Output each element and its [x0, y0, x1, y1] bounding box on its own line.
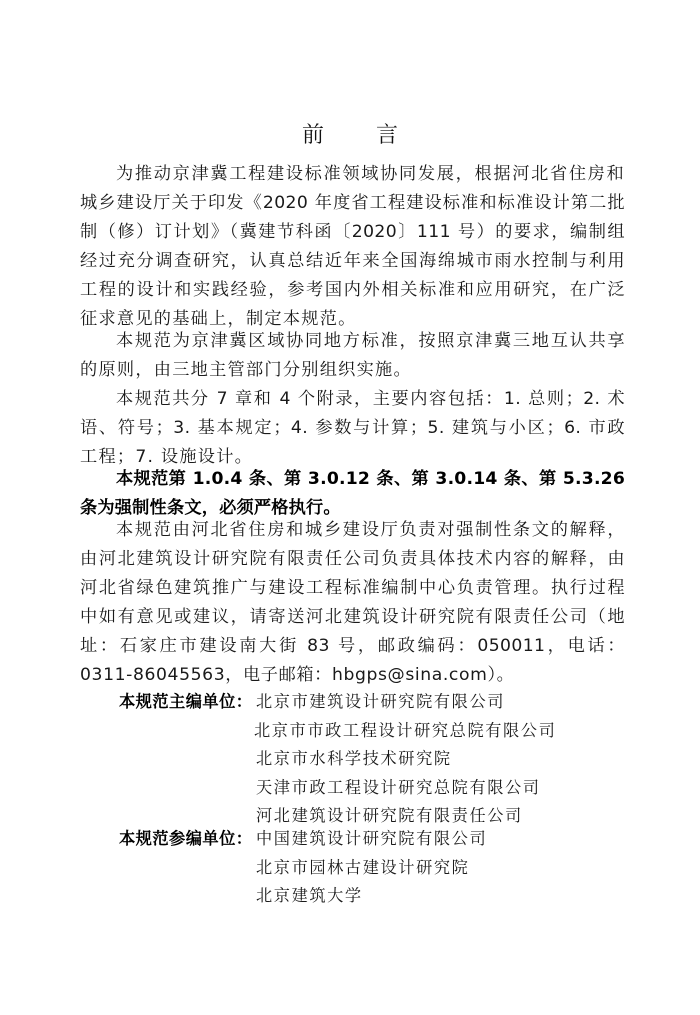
- participating-units-label: 本规范参编单位：: [119, 825, 256, 854]
- title-char-1: 前: [302, 118, 324, 149]
- paragraph-background: 为推动京津冀工程建设标准领域协同发展，根据河北省住房和 城乡建设厅关于印发《20…: [80, 160, 625, 334]
- unit-item: 北京建筑大学: [256, 882, 363, 911]
- unit-item: 北京市水科学技术研究院: [256, 745, 452, 774]
- paragraph-interpretation: 本规范由河北省住房和城乡建设厅负责对强制性条文的解释， 由河北建筑设计研究院有限…: [80, 516, 625, 690]
- chief-units-label: 本规范主编单位：: [119, 688, 256, 717]
- paragraph-line: 语、符号；3. 基本规定；4. 参数与计算；5. 建筑与小区；6. 市政: [80, 414, 625, 443]
- paragraph-line: 河北省绿色建筑推广与建设工程标准编制中心负责管理。执行过程: [80, 574, 625, 603]
- paragraph-line: 本规范共分 7 章和 4 个附录，主要内容包括：1. 总则；2. 术: [80, 385, 625, 414]
- paragraph-line: 址：石家庄市建设南大街 83 号，邮政编码：050011，电话：: [80, 632, 625, 661]
- paragraph-line: 经过充分调查研究，认真总结近年来全国海绵城市雨水控制与利用: [80, 247, 625, 276]
- unit-item: 中国建筑设计研究院有限公司: [256, 825, 487, 854]
- paragraph-contents: 本规范共分 7 章和 4 个附录，主要内容包括：1. 总则；2. 术 语、符号；…: [80, 385, 625, 472]
- paragraph-line: 工程的设计和实践经验，参考国内外相关标准和应用研究，在广泛: [80, 276, 625, 305]
- paragraph-line: 制（修）订计划》（冀建节科函〔2020〕111 号）的要求，编制组: [80, 218, 625, 247]
- paragraph-implementation: 本规范为京津冀区域协同地方标准，按照京津冀三地互认共享 的原则，由三地主管部门分…: [80, 327, 625, 385]
- paragraph-line: 本规范由河北省住房和城乡建设厅负责对强制性条文的解释，: [80, 516, 625, 545]
- unit-item: 北京市市政工程设计研究总院有限公司: [254, 717, 556, 746]
- paragraph-line: 的原则，由三地主管部门分别组织实施。: [80, 356, 625, 385]
- document-page: 前言 为推动京津冀工程建设标准领域协同发展，根据河北省住房和 城乡建设厅关于印发…: [0, 0, 700, 1015]
- paragraph-line: 中如有意见或建议，请寄送河北建筑设计研究院有限责任公司（地: [80, 603, 625, 632]
- unit-item: 北京市建筑设计研究院有限公司: [256, 688, 505, 717]
- paragraph-line: 由河北建筑设计研究院有限责任公司负责具体技术内容的解释，由: [80, 545, 625, 574]
- paragraph-line: 为推动京津冀工程建设标准领域协同发展，根据河北省住房和: [80, 160, 625, 189]
- chief-editing-units: 本规范主编单位： 北京市建筑设计研究院有限公司 北京市市政工程设计研究总院有限公…: [119, 688, 639, 831]
- paragraph-line: 0311-86045563，电子邮箱：hbgps@sina.com）。: [80, 661, 625, 690]
- participating-units: 本规范参编单位： 中国建筑设计研究院有限公司 北京市园林古建设计研究院 北京建筑…: [119, 825, 639, 911]
- paragraph-mandatory-clauses: 本规范第 1.0.4 条、第 3.0.12 条、第 3.0.14 条、第 5.3…: [80, 465, 625, 523]
- unit-item: 北京市园林古建设计研究院: [256, 854, 469, 883]
- paragraph-line: 城乡建设厅关于印发《2020 年度省工程建设标准和标准设计第二批: [80, 189, 625, 218]
- page-title: 前言: [0, 118, 700, 149]
- unit-item: 天津市政工程设计研究总院有限公司: [256, 774, 541, 803]
- paragraph-line: 本规范为京津冀区域协同地方标准，按照京津冀三地互认共享: [80, 327, 625, 356]
- title-char-2: 言: [376, 118, 398, 149]
- paragraph-line: 本规范第 1.0.4 条、第 3.0.12 条、第 3.0.14 条、第 5.3…: [80, 465, 625, 494]
